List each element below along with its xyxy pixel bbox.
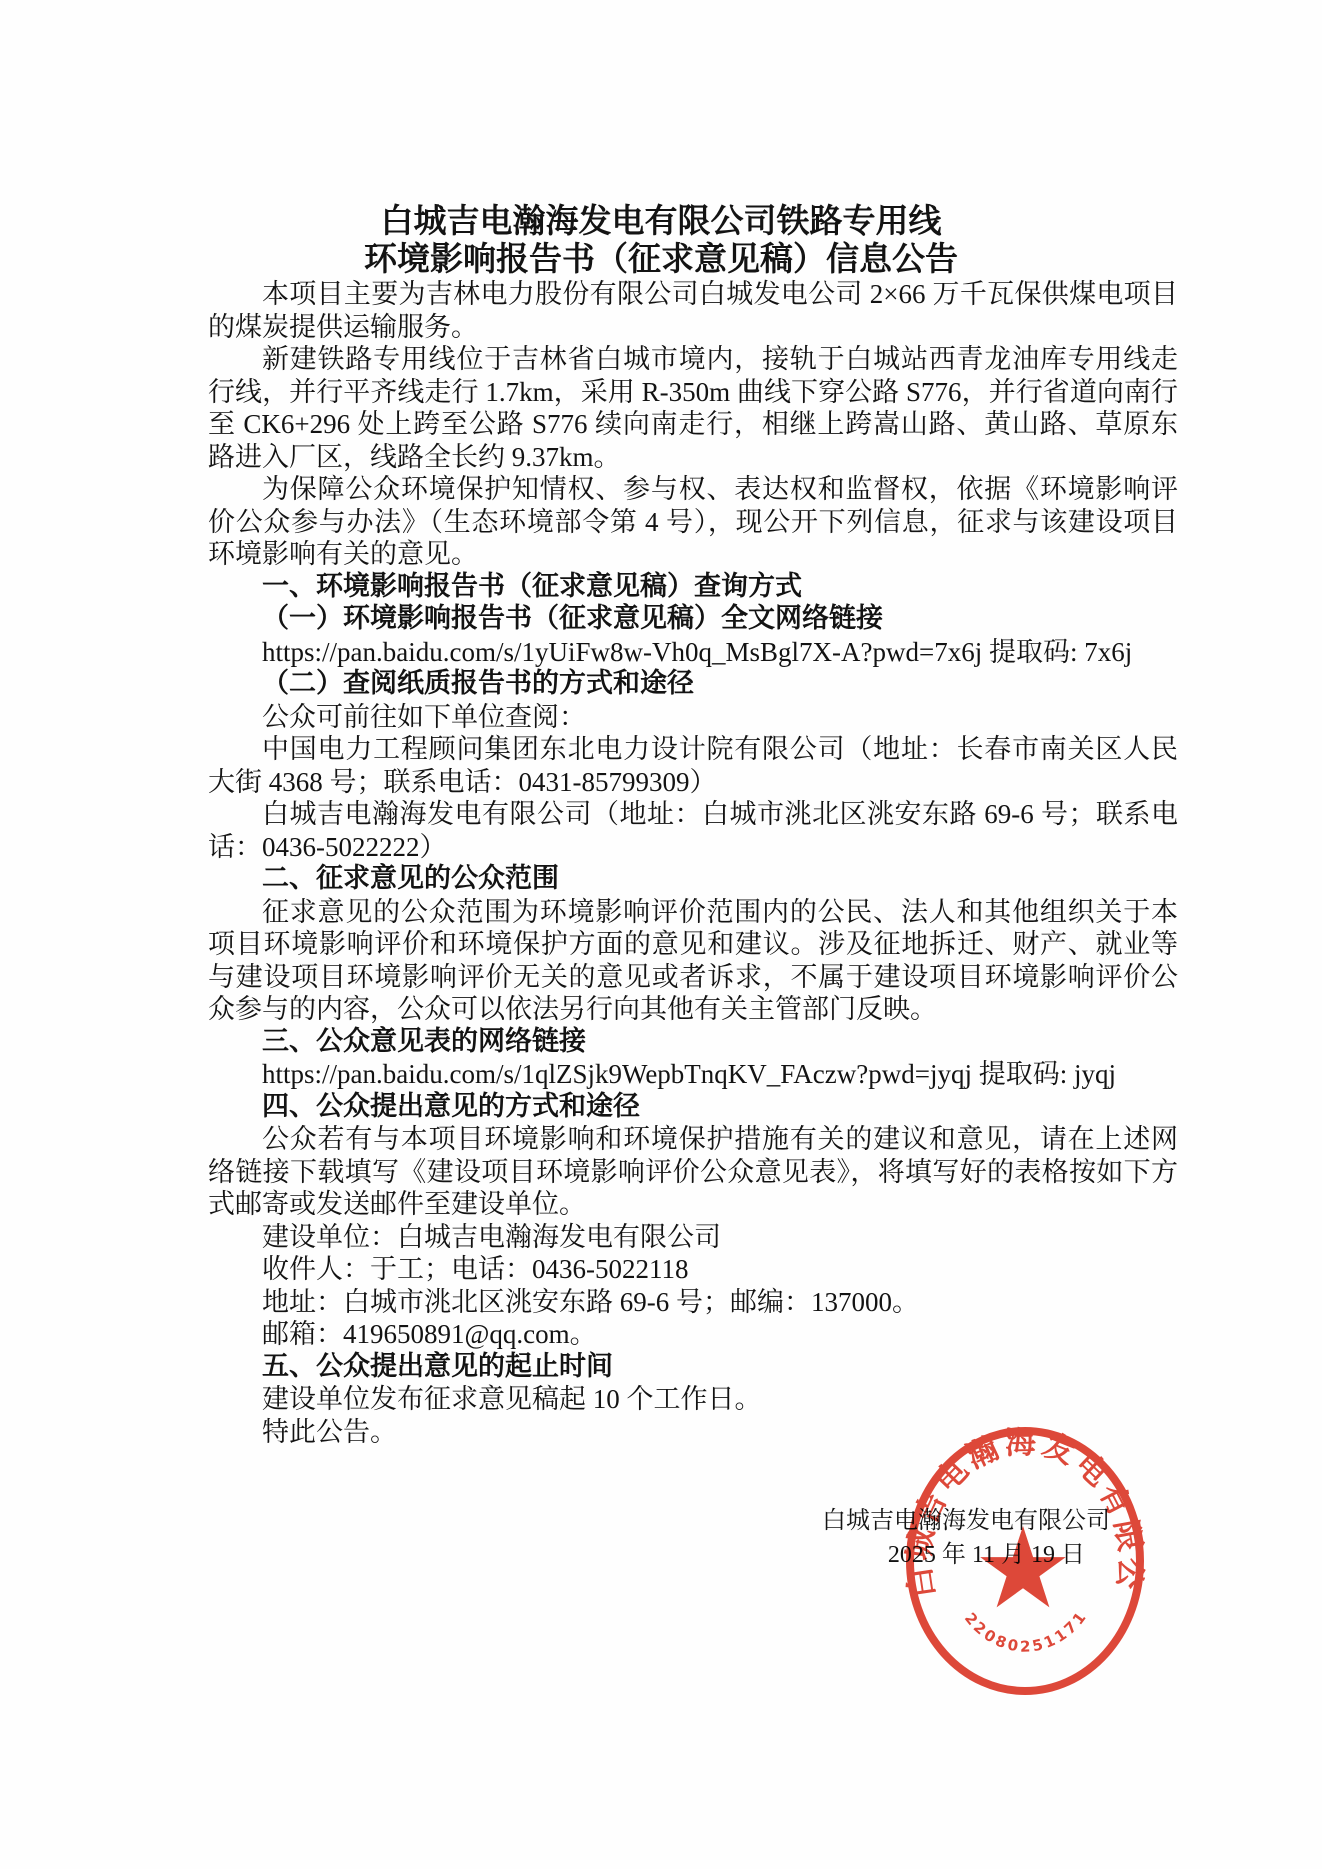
- document-page: 白城吉电瀚海发电有限公司铁路专用线 环境影响报告书（征求意见稿）信息公告 本项目…: [0, 0, 1322, 1869]
- contact-email-line: 邮箱：419650891@qq.com。: [208, 1318, 1178, 1351]
- body-paragraph: 征求意见的公众范围为环境影响评价范围内的公民、法人和其他组织关于本项目环境影响评…: [208, 896, 1178, 1026]
- body-paragraph: 新建铁路专用线位于吉林省白城市境内，接轨于白城站西青龙油库专用线走行线，并行平齐…: [208, 343, 1178, 473]
- subsection-heading: （二）查阅纸质报告书的方式和途径: [208, 668, 1178, 701]
- stamp-star-icon: [980, 1526, 1066, 1607]
- body-paragraph: 公众可前往如下单位查阅：: [208, 701, 1178, 734]
- report-link-line: https://pan.baidu.com/s/1yUiFw8w-Vh0q_Ms…: [208, 636, 1178, 669]
- body-paragraph: 公众若有与本项目环境影响和环境保护措施有关的建议和意见，请在上述网络链接下载填写…: [208, 1123, 1178, 1221]
- contact-person-line: 收件人：于工；电话：0436-5022118: [208, 1253, 1178, 1286]
- document-title-line2: 环境影响报告书（征求意见稿）信息公告: [0, 240, 1322, 278]
- subsection-heading: （一）环境影响报告书（征求意见稿）全文网络链接: [208, 603, 1178, 636]
- opinion-form-link-line: https://pan.baidu.com/s/1qlZSjk9WepbTnqK…: [208, 1058, 1178, 1091]
- section-heading: 三、公众意见表的网络链接: [208, 1026, 1178, 1059]
- contact-address-line: 地址：白城市洮北区洮安东路 69-6 号；邮编：137000。: [208, 1286, 1178, 1319]
- document-content: 白城吉电瀚海发电有限公司铁路专用线 环境影响报告书（征求意见稿）信息公告 本项目…: [0, 0, 1322, 1572]
- contact-company-line: 建设单位：白城吉电瀚海发电有限公司: [208, 1221, 1178, 1254]
- section-heading: 二、征求意见的公众范围: [208, 863, 1178, 896]
- section-heading: 四、公众提出意见的方式和途径: [208, 1091, 1178, 1124]
- body-paragraph: 白城吉电瀚海发电有限公司（地址：白城市洮北区洮安东路 69-6 号；联系电话：0…: [208, 798, 1178, 863]
- document-title-line1: 白城吉电瀚海发电有限公司铁路专用线: [0, 202, 1322, 240]
- body-paragraph: 本项目主要为吉林电力股份有限公司白城发电公司 2×66 万千瓦保供煤电项目的煤炭…: [208, 278, 1178, 343]
- body-paragraph: 为保障公众环境保护知情权、参与权、表达权和监督权，依据《环境影响评价公众参与办法…: [208, 473, 1178, 571]
- body-paragraph: 建设单位发布征求意见稿起 10 个工作日。: [208, 1383, 1178, 1416]
- body-paragraph: 中国电力工程顾问集团东北电力设计院有限公司（地址：长春市南关区人民大街 4368…: [208, 733, 1178, 798]
- company-seal-stamp: 白城吉电瀚海发电有限公司 2208025117114: [900, 1423, 1150, 1700]
- section-heading: 五、公众提出意见的起止时间: [208, 1351, 1178, 1384]
- section-heading: 一、环境影响报告书（征求意见稿）查询方式: [208, 571, 1178, 604]
